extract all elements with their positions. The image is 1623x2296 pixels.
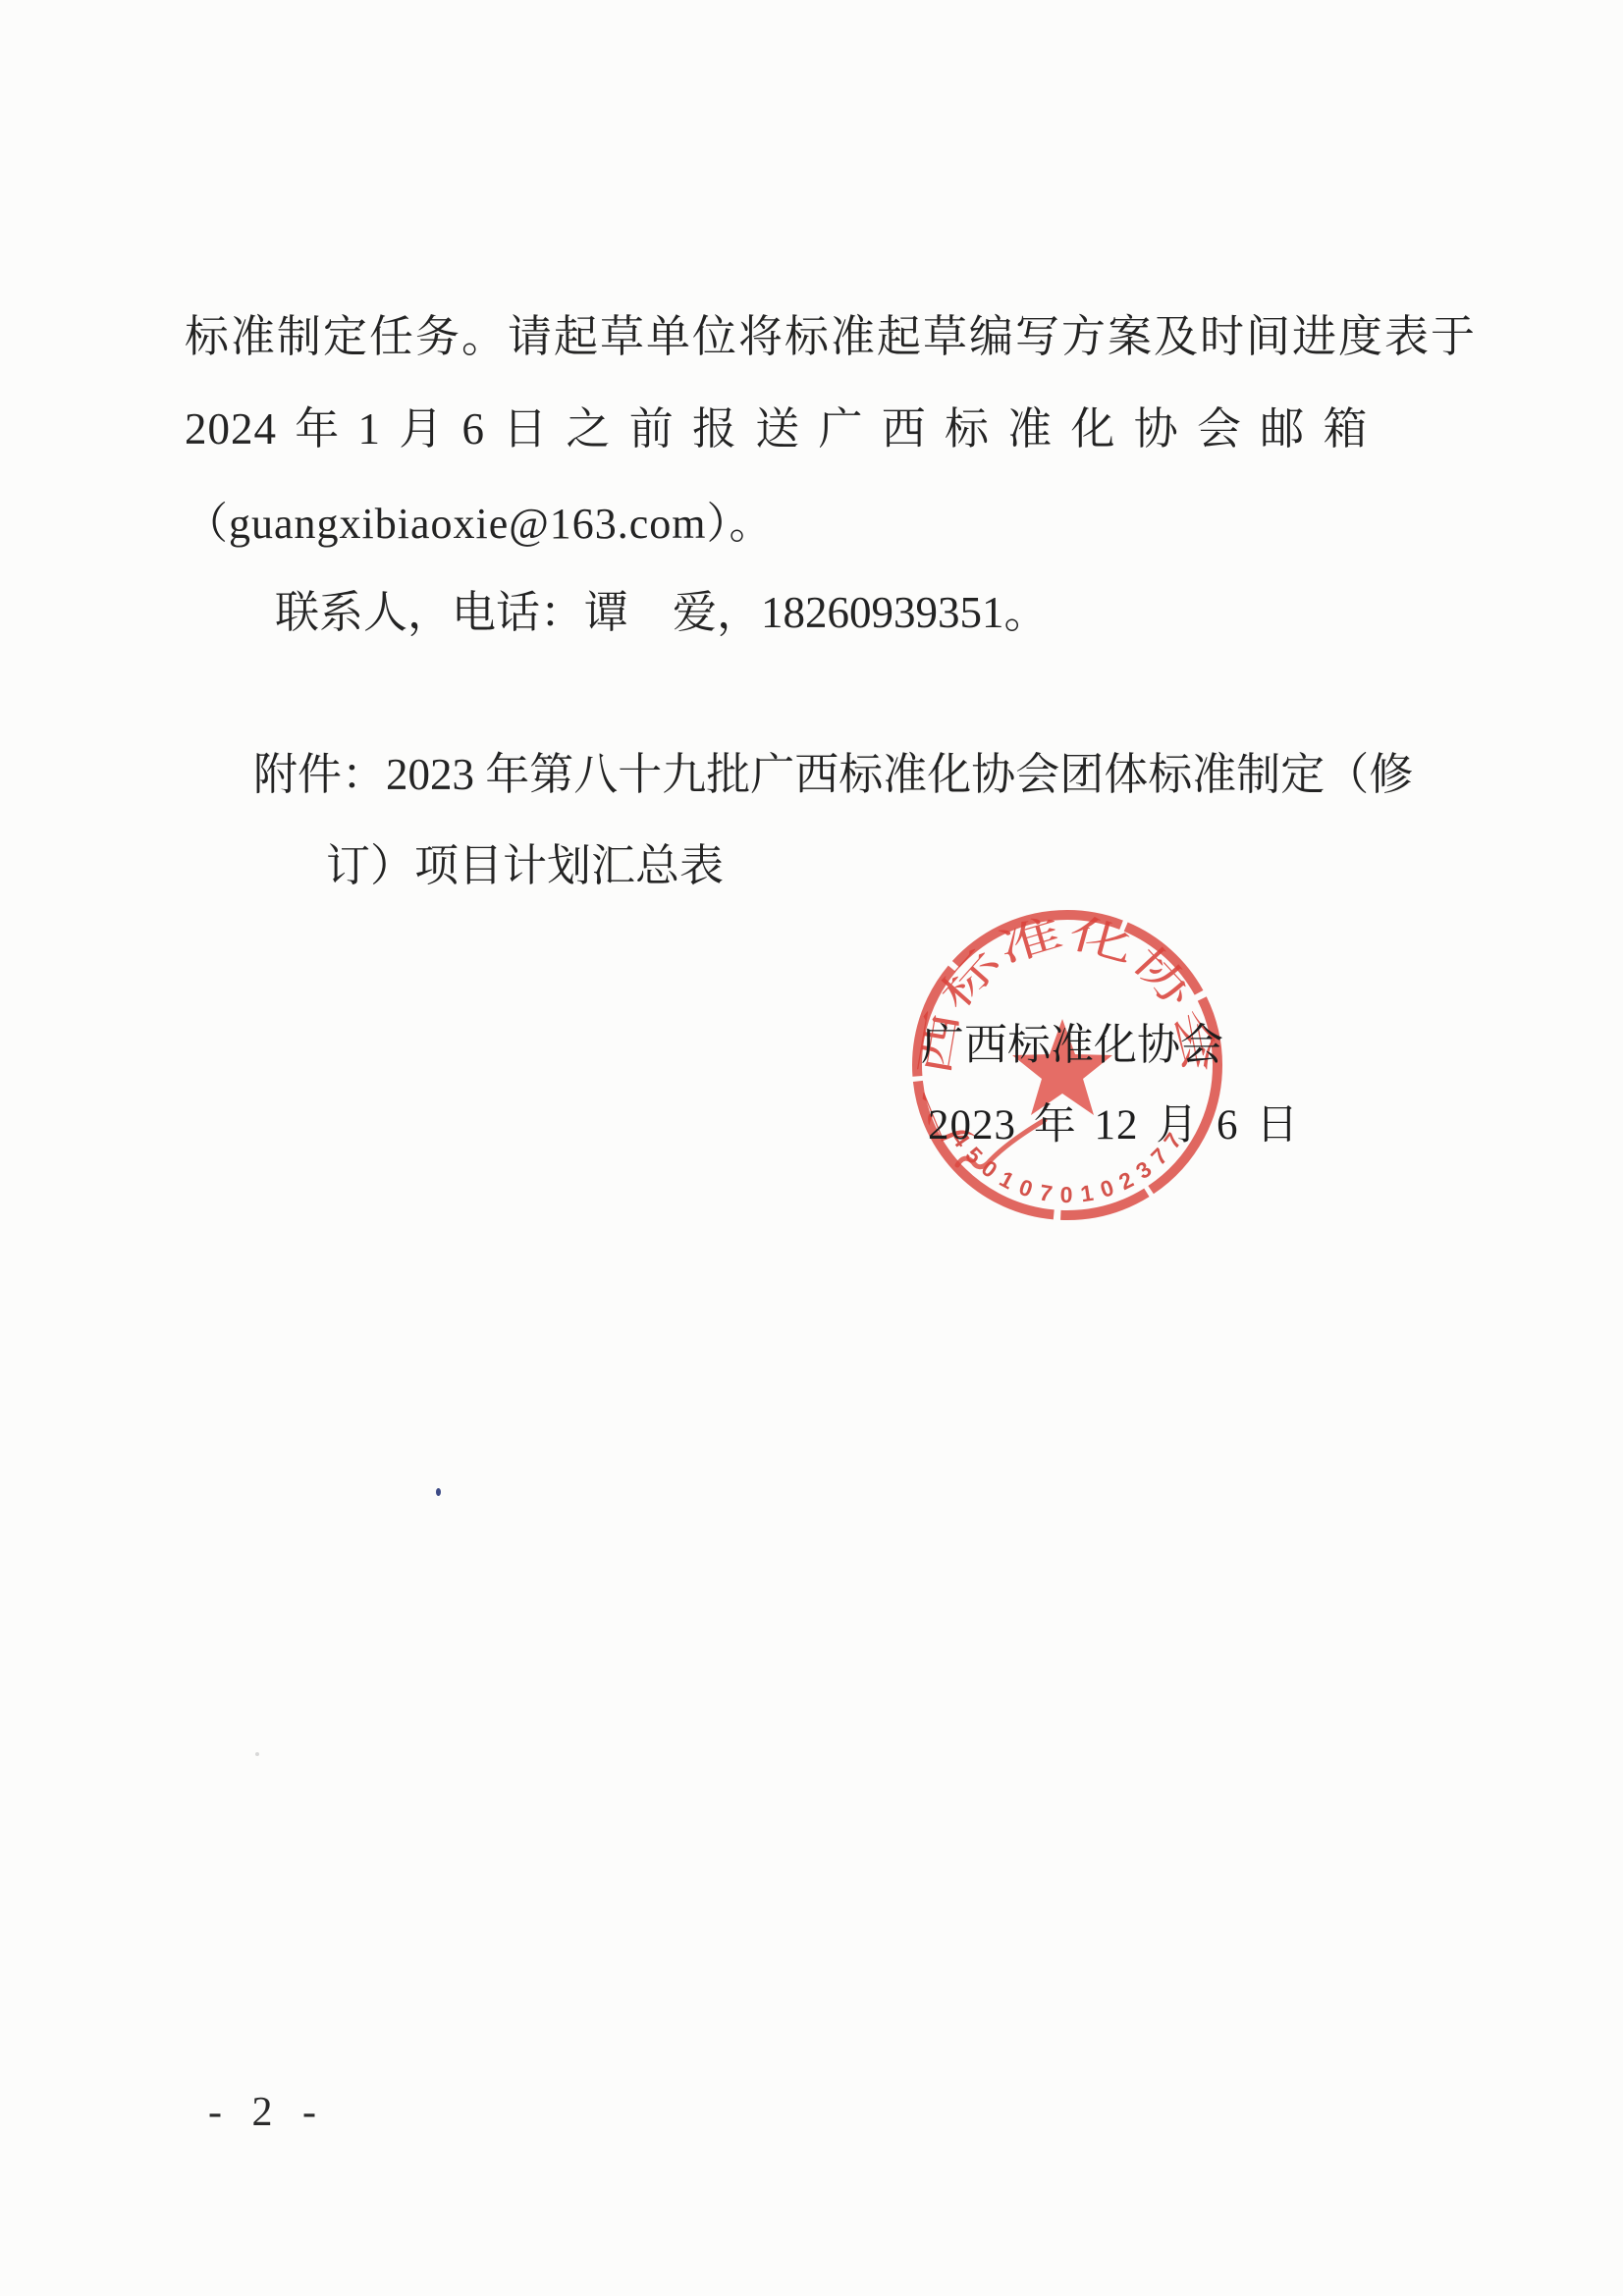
body-line-1: 标准制定任务。请起草单位将标准起草编写方案及时间进度表于: [185, 310, 1477, 363]
body-line-email: （guangxibiaoxie@163.com）。: [185, 499, 774, 551]
page-number: - 2 -: [208, 2089, 326, 2136]
signature-date: 2023 年 12 月 6 日: [928, 1092, 1299, 1151]
attachment-line-1: 附件：2023 年第八十九批广西标准化协会团体标准制定（修: [253, 748, 1413, 801]
ink-speck-faint: [255, 1752, 259, 1756]
ink-speck: [436, 1488, 441, 1496]
body-line-2: 2024 年 1 月 6 日 之 前 报 送 广 西 标 准 化 协 会 邮 箱: [185, 402, 1369, 455]
contact-line: 联系人，电话：谭 爱，18260939351。: [275, 586, 1049, 639]
attachment-line-2: 订）项目计划汇总表: [326, 839, 724, 892]
document-page: 标准制定任务。请起草单位将标准起草编写方案及时间进度表于 2024 年 1 月 …: [0, 0, 1623, 2296]
signature-organization: 广西标准化协会: [921, 1009, 1223, 1072]
